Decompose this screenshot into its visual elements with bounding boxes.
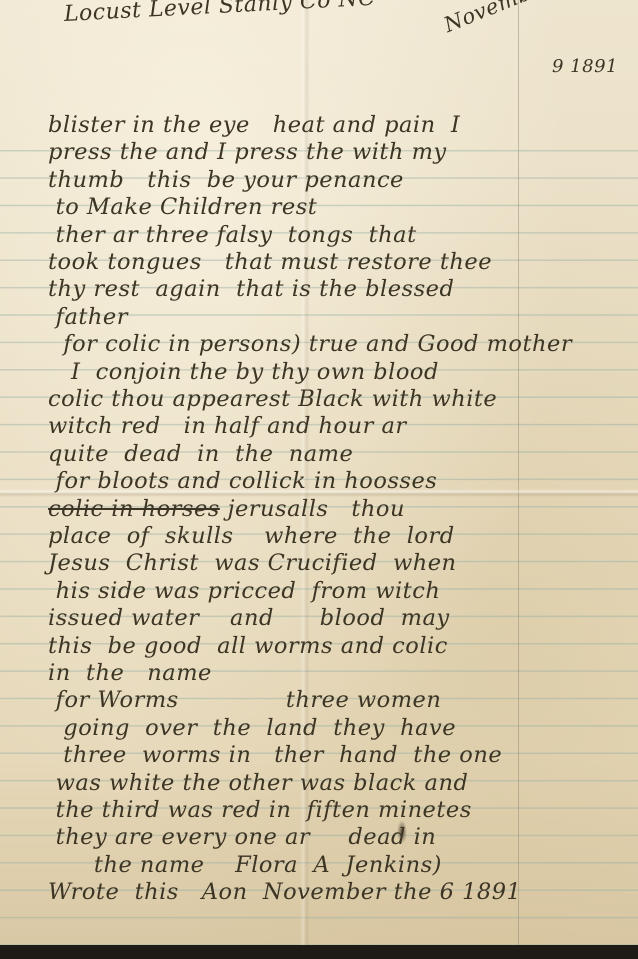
header-place: Locust Level Stanly Co NC (63, 0, 376, 27)
line-text: quite dead in the name (48, 441, 353, 467)
line-text: ther ar three falsy tongs that (48, 222, 417, 248)
line-text: place of skulls where the lord (48, 523, 455, 549)
letter-line: father (48, 304, 128, 330)
letter-line: going over the land they have (48, 715, 456, 741)
line-text: witch red in half and hour ar (48, 413, 407, 439)
line-text: took tongues that must restore thee (48, 249, 492, 275)
line-text: was white the other was black and (48, 770, 468, 796)
line-text: they are every one ar dead in (48, 824, 436, 850)
letter-line: for colic in persons) true and Good moth… (48, 331, 572, 357)
line-text: in the name (48, 660, 212, 686)
line-text: his side was pricced from witch (48, 578, 440, 604)
letter-line: for bloots and collick in hoosses (48, 468, 437, 494)
letter-line: colic thou appearest Black with white (48, 386, 497, 412)
line-text: three worms in ther hand the one (48, 742, 502, 768)
letter-line: ther ar three falsy tongs that (48, 222, 417, 248)
letter-line: this be good all worms and colic (48, 633, 448, 659)
line-text: for bloots and collick in hoosses (48, 468, 437, 494)
letter-line: witch red in half and hour ar (48, 413, 407, 439)
line-text: for Worms three women (48, 687, 441, 713)
letter-line: place of skulls where the lord (48, 523, 455, 549)
letter-line: press the and I press the with my (48, 139, 447, 165)
line-text: for colic in persons) true and Good moth… (48, 331, 572, 357)
line-text: Jesus Christ was Crucified when (48, 550, 457, 576)
letter-line: quite dead in the name (48, 441, 353, 467)
line-text: issued water and blood may (48, 605, 450, 631)
letter-page: Locust Level Stanly Co NC November the 9… (0, 0, 638, 945)
letter-line: was white the other was black and (48, 770, 468, 796)
letter-line: they are every one ar dead in (48, 824, 436, 850)
line-text: this be good all worms and colic (48, 633, 448, 659)
line-text: I conjoin the by thy own blood (48, 359, 439, 385)
line-text: thumb this be your penance (48, 167, 404, 193)
line-text: colic thou appearest Black with white (48, 386, 497, 412)
line-text: to Make Children rest (48, 194, 317, 220)
letter-line: three worms in ther hand the one (48, 742, 502, 768)
line-text: Wrote this Aon November the 6 1891 (48, 879, 521, 905)
margin-line (518, 0, 519, 945)
letter-line: colic in horses jerusalls thou (48, 496, 405, 522)
line-text: thy rest again that is the blessed (48, 276, 454, 302)
letter-line: thy rest again that is the blessed (48, 276, 454, 302)
letter-line: in the name (48, 660, 212, 686)
letter-line: the name Flora A Jenkins) (48, 852, 442, 878)
ink-stain (397, 820, 407, 844)
line-text: jerusalls thou (220, 496, 405, 522)
line-text: the name Flora A Jenkins) (48, 852, 442, 878)
line-text: blister in the eye heat and pain I (48, 112, 460, 138)
letter-line: his side was pricced from witch (48, 578, 440, 604)
struck-text: colic in horses (48, 496, 220, 522)
letter-line: Jesus Christ was Crucified when (48, 550, 457, 576)
line-text: the third was red in fiften minetes (48, 797, 472, 823)
line-text: going over the land they have (48, 715, 456, 741)
letter-line: for Worms three women (48, 687, 441, 713)
letter-line: I conjoin the by thy own blood (48, 359, 439, 385)
letter-line: the third was red in fiften minetes (48, 797, 472, 823)
letter-line: took tongues that must restore thee (48, 249, 492, 275)
line-text: father (48, 304, 128, 330)
header-date-year: 9 1891 (552, 56, 618, 77)
letter-line: Wrote this Aon November the 6 1891 (48, 879, 521, 905)
letter-line: blister in the eye heat and pain I (48, 112, 460, 138)
letter-line: thumb this be your penance (48, 167, 404, 193)
letter-line: to Make Children rest (48, 194, 317, 220)
line-text: press the and I press the with my (48, 139, 447, 165)
scan-edge (0, 945, 638, 959)
letter-line: issued water and blood may (48, 605, 450, 631)
